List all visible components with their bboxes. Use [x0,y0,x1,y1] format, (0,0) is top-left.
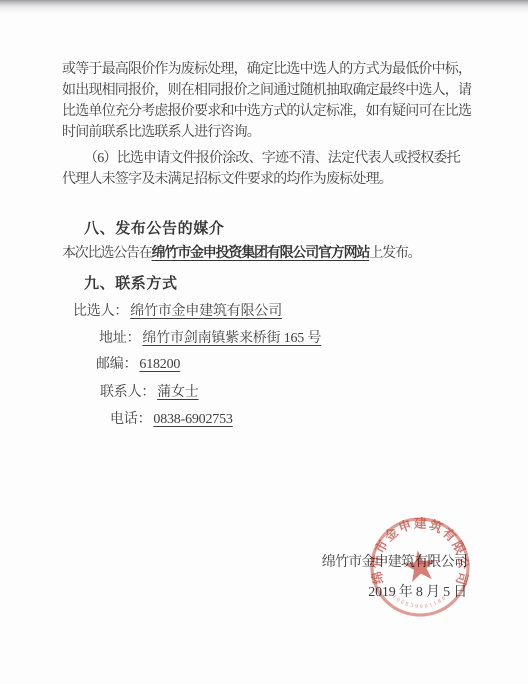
contact-value: 绵竹市剑南镇紫来桥街 165 号 [142,331,321,346]
scan-top-shadow [0,0,528,14]
section8-heading: 八、发布公告的媒介 [84,221,224,237]
publish-prefix: 本次比选公告在 [62,246,152,261]
body-line: 比选单位充分考虑报价要求和中选方式的认定标准，如有疑问可在比选 [62,104,471,120]
publish-suffix: 上发布。 [369,246,420,261]
publish-line: 本次比选公告在绵竹市金申投资集团有限公司官方网站上发布。 [62,246,420,262]
item6-line: （6）比选申请文件报价涂改、字迹不清、法定代表人或授权委托 [84,151,460,167]
seal-ring-text: 绵竹市金申建筑有限公司 [368,516,471,589]
publish-website-name: 绵竹市金申投资集团有限公司官方网站 [152,246,370,261]
contact-label: 电话： [110,412,151,427]
body-line: 如出现相同报价，则在相同报价之间通过随机抽取确定最终中选人，请 [62,83,471,99]
contact-value: 蒲女士 [157,385,198,400]
contact-row-person: 联系人：蒲女士 [100,385,199,401]
body-line: 或等于最高限价作为废标处理，确定比选中选人的方式为最低价中标， [62,62,471,78]
contact-label: 联系人： [100,385,155,400]
seal-star-icon [402,548,438,583]
section9-heading: 九、联系方式 [84,276,178,292]
contact-label: 比选人： [73,304,128,319]
document-page: 或等于最高限价作为废标处理，确定比选中选人的方式为最低价中标， 如出现相同报价，… [0,0,528,684]
svg-text:绵竹市金申建筑有限公司: 绵竹市金申建筑有限公司 [368,516,471,589]
contact-label: 邮编： [96,357,137,372]
contact-row-address: 地址：绵竹市剑南镇紫来桥街 165 号 [99,331,321,347]
contact-row-bidder: 比选人：绵竹市金申建筑有限公司 [73,304,282,320]
contact-value: 0838-6902753 [153,412,232,427]
contact-row-postcode: 邮编：618200 [96,357,180,373]
contact-row-phone: 电话：0838-6902753 [110,412,233,428]
contact-value: 绵竹市金申建筑有限公司 [130,304,282,319]
item6-line: 代理人未签字及未满足招标文件要求的均作为废标处理。 [62,172,392,188]
body-line: 时间前联系比选联系人进行咨询。 [62,125,260,141]
contact-value: 618200 [139,357,180,372]
contact-label: 地址： [99,331,140,346]
company-seal: 绵竹市金申建筑有限公司 5106839001180 [364,511,476,623]
